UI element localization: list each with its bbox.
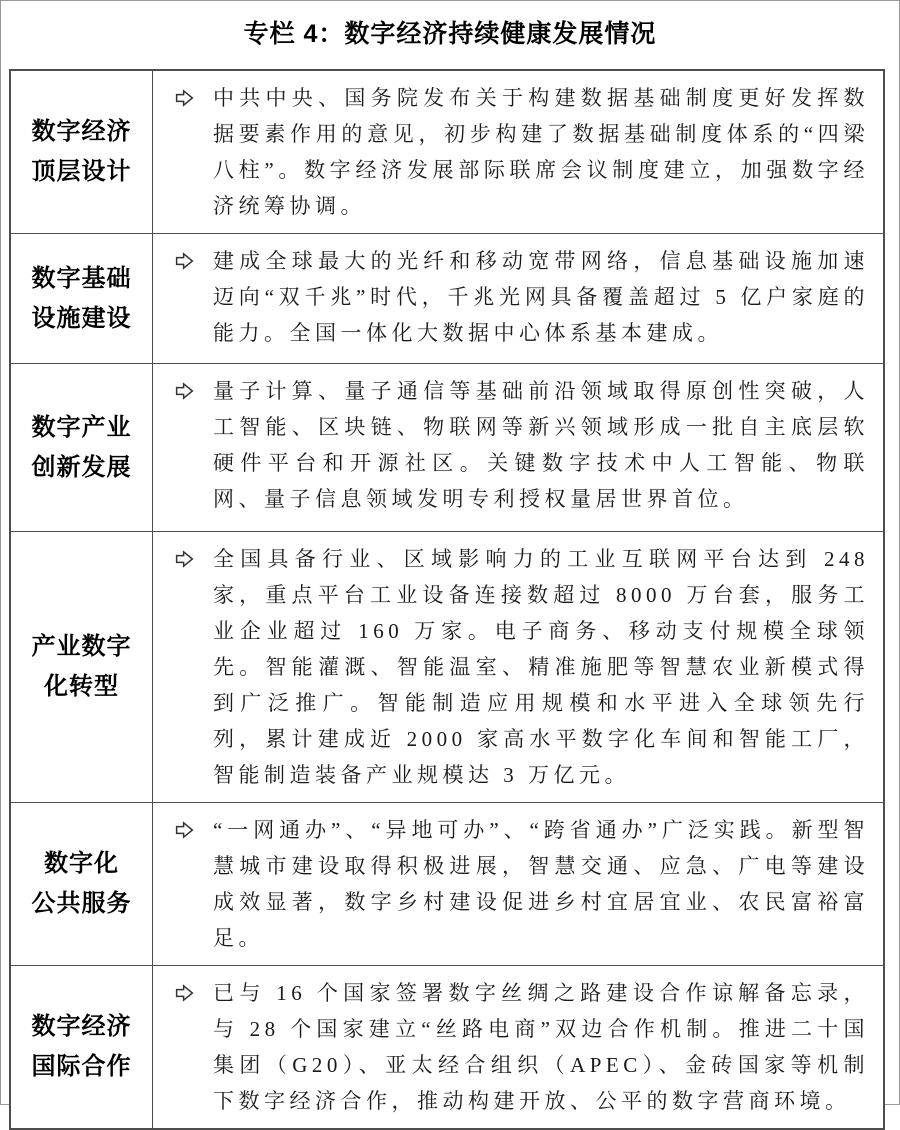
row-label: 数字经济 顶层设计 xyxy=(11,71,153,233)
row-label: 数字基础 设施建设 xyxy=(11,234,153,363)
table-row: 数字经济 国际合作 已与 16 个国家签署数字丝绸之路建设合作谅解备忘录，与 2… xyxy=(11,965,883,1128)
rightwards-white-arrow-icon xyxy=(153,812,213,841)
rightwards-white-arrow-icon xyxy=(153,373,213,402)
row-text: 建成全球最大的光纤和移动宽带网络，信息基础设施加速迈向“双千兆”时代，千兆光网具… xyxy=(213,243,869,351)
row-text: “一网通办”、“异地可办”、“跨省通办”广泛实践。新型智慧城市建设取得积极进展，… xyxy=(213,812,869,956)
row-text: 已与 16 个国家签署数字丝绸之路建设合作谅解备忘录，与 28 个国家建立“丝路… xyxy=(213,975,869,1119)
row-content: “一网通办”、“异地可办”、“跨省通办”广泛实践。新型智慧城市建设取得积极进展，… xyxy=(153,803,883,965)
row-label: 数字化 公共服务 xyxy=(11,803,153,965)
table-row: 数字产业 创新发展 量子计算、量子通信等基础前沿领域取得原创性突破，人工智能、区… xyxy=(11,363,883,531)
row-content: 已与 16 个国家签署数字丝绸之路建设合作谅解备忘录，与 28 个国家建立“丝路… xyxy=(153,966,883,1128)
table-row: 数字经济 顶层设计 中共中央、国务院发布关于构建数据基础制度更好发挥数据要素作用… xyxy=(11,71,883,233)
page-title: 专栏 4：数字经济持续健康发展情况 xyxy=(1,1,899,50)
row-text: 全国具备行业、区域影响力的工业互联网平台达到 248 家，重点平台工业设备连接数… xyxy=(213,541,869,793)
row-label: 数字经济 国际合作 xyxy=(11,966,153,1128)
row-text: 量子计算、量子通信等基础前沿领域取得原创性突破，人工智能、区块链、物联网等新兴领… xyxy=(213,373,869,517)
row-text: 中共中央、国务院发布关于构建数据基础制度更好发挥数据要素作用的意见，初步构建了数… xyxy=(213,80,869,224)
table-row: 数字基础 设施建设 建成全球最大的光纤和移动宽带网络，信息基础设施加速迈向“双千… xyxy=(11,233,883,363)
column-box-table: 数字经济 顶层设计 中共中央、国务院发布关于构建数据基础制度更好发挥数据要素作用… xyxy=(9,69,885,1130)
row-content: 全国具备行业、区域影响力的工业互联网平台达到 248 家，重点平台工业设备连接数… xyxy=(153,532,883,802)
table-row: 数字化 公共服务 “一网通办”、“异地可办”、“跨省通办”广泛实践。新型智慧城市… xyxy=(11,802,883,965)
row-content: 量子计算、量子通信等基础前沿领域取得原创性突破，人工智能、区块链、物联网等新兴领… xyxy=(153,364,883,531)
rightwards-white-arrow-icon xyxy=(153,80,213,109)
rightwards-white-arrow-icon xyxy=(153,541,213,570)
document-page: 专栏 4：数字经济持续健康发展情况 数字经济 顶层设计 中共中央、国务院发布关于… xyxy=(0,0,900,1105)
row-content: 中共中央、国务院发布关于构建数据基础制度更好发挥数据要素作用的意见，初步构建了数… xyxy=(153,71,883,233)
table-row: 产业数字 化转型 全国具备行业、区域影响力的工业互联网平台达到 248 家，重点… xyxy=(11,531,883,802)
rightwards-white-arrow-icon xyxy=(153,975,213,1004)
row-label: 数字产业 创新发展 xyxy=(11,364,153,531)
row-label: 产业数字 化转型 xyxy=(11,532,153,802)
rightwards-white-arrow-icon xyxy=(153,243,213,272)
row-content: 建成全球最大的光纤和移动宽带网络，信息基础设施加速迈向“双千兆”时代，千兆光网具… xyxy=(153,234,883,363)
